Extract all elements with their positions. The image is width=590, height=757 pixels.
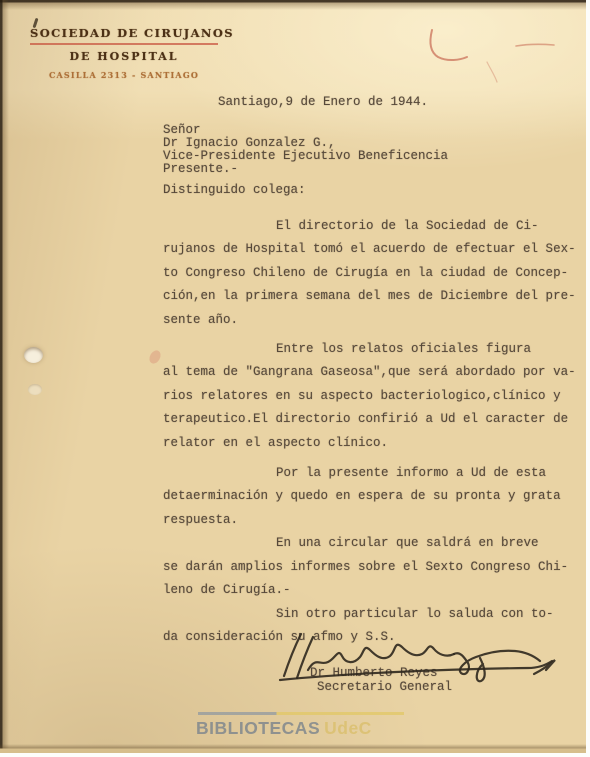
- scanned-letter-page: SOCIEDAD DE CIRUJANOS DE HOSPITAL CASILL…: [0, 0, 590, 757]
- text-line: se darán amplios informes sobre el Sexto…: [163, 556, 587, 579]
- text-line: al tema de "Gangrana Gaseosa",que será a…: [163, 361, 587, 384]
- scan-edge-top: [0, 0, 586, 10]
- text-line: rios relatores en su aspecto bacteriolog…: [163, 385, 587, 408]
- letterhead-org-name: SOCIEDAD DE CIRUJANOS: [30, 26, 218, 45]
- handwritten-signature: [276, 624, 568, 684]
- red-pencil-marks: [408, 14, 578, 84]
- paragraph-2: Entre los relatos oficiales figuraal tem…: [163, 338, 587, 455]
- text-line: detaerminación y quedo en espera de su p…: [163, 485, 587, 508]
- scan-edge-left: [0, 0, 9, 753]
- letterhead-address: CASILLA 2313 - SANTIAGO: [30, 70, 218, 80]
- date-line: Santiago,9 de Enero de 1944.: [218, 95, 428, 109]
- scan-margin-bottom: [0, 753, 590, 757]
- letterhead: SOCIEDAD DE CIRUJANOS DE HOSPITAL CASILL…: [30, 26, 218, 80]
- paragraph-3: Por la presente informo a Ud de estadeta…: [163, 462, 587, 532]
- paragraph-4: En una circular que saldrá en brevese da…: [163, 532, 587, 602]
- text-line: Entre los relatos oficiales figura: [276, 338, 587, 361]
- text-line: Presente.-: [163, 163, 448, 176]
- text-line: relator en el aspecto clínico.: [163, 432, 587, 455]
- scan-margin-right: [586, 0, 590, 757]
- text-line: to Congreso Chileno de Cirugía en la ciu…: [163, 262, 587, 285]
- watermark-institution: UdeC: [324, 718, 372, 738]
- text-line: En una circular que saldrá en breve: [276, 532, 587, 555]
- library-watermark: BIBLIOTECASUdeC: [196, 712, 412, 739]
- text-line: Por la presente informo a Ud de esta: [276, 462, 587, 485]
- paragraph-1: El directorio de la Sociedad de Ci-rujan…: [163, 215, 587, 332]
- watermark-library-name: BIBLIOTECAS: [196, 718, 320, 738]
- text-line: ción,en la primera semana del mes de Dic…: [163, 285, 587, 308]
- text-line: El directorio de la Sociedad de Ci-: [276, 215, 587, 238]
- text-line: sente año.: [163, 309, 587, 332]
- hole-punch: [24, 347, 43, 363]
- text-line: terapeutico.El directorio confirió a Ud …: [163, 408, 587, 431]
- letter-body: Distinguido colega: El directorio de la …: [163, 183, 587, 649]
- scan-edge-bottom: [0, 744, 586, 753]
- hole-punch-faint: [28, 384, 42, 395]
- text-line: respuesta.: [163, 509, 587, 532]
- watermark-rule: [198, 712, 404, 715]
- recipient-block: SeñorDr Ignacio Gonzalez G.,Vice-Preside…: [163, 124, 448, 176]
- salutation: Distinguido colega:: [163, 183, 587, 197]
- letterhead-org-name-2: DE HOSPITAL: [30, 50, 218, 63]
- text-line: leno de Cirugía.-: [163, 579, 587, 602]
- text-line: rujanos de Hospital tomó el acuerdo de e…: [163, 238, 587, 261]
- text-line: Sin otro particular lo saluda con to-: [276, 603, 587, 626]
